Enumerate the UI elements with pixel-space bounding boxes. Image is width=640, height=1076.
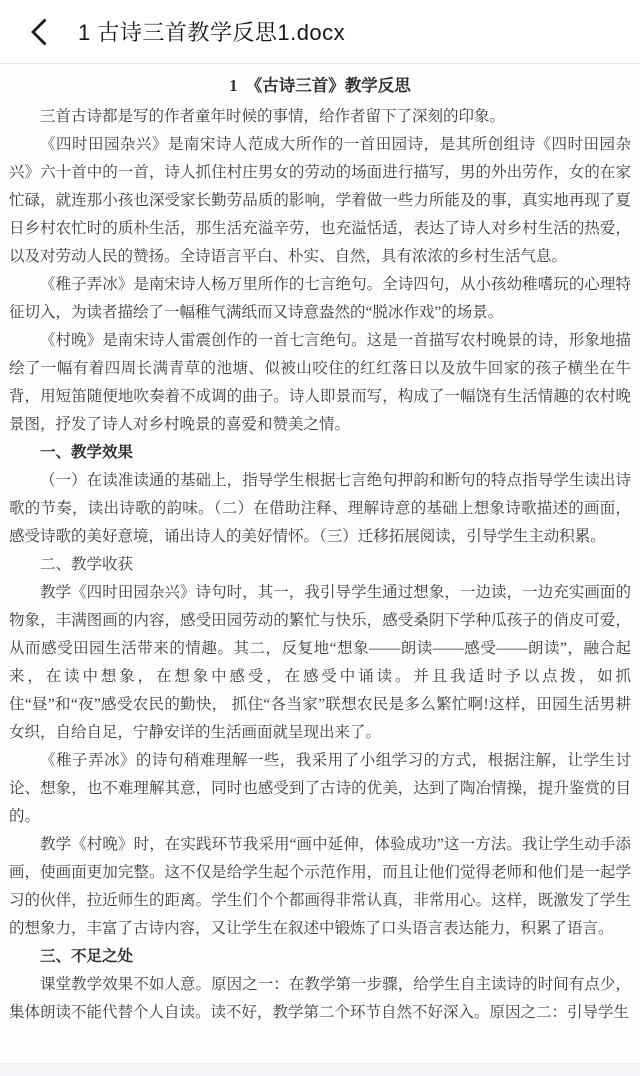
doc-paragraph: 二、教学收获	[9, 551, 631, 579]
doc-paragraph: 三首古诗都是写的作者童年时候的事情，给作者留下了深刻的印象。	[9, 103, 631, 131]
chevron-left-icon	[30, 17, 48, 47]
doc-paragraph: 课堂教学效果不如人意。原因之一：在教学第一步骤，给学生自主读诗的时间有点少，集体…	[9, 971, 631, 1027]
back-button[interactable]	[30, 15, 64, 49]
document-body: 三首古诗都是写的作者童年时候的事情，给作者留下了深刻的印象。 《四时田园杂兴》是…	[9, 103, 631, 1027]
doc-paragraph: 教学《村晚》时，在实践环节我采用“画中延伸，体验成功”这一方法。我让学生动手添画…	[9, 831, 631, 943]
doc-paragraph: 一、教学效果	[9, 439, 631, 467]
doc-paragraph: 《四时田园杂兴》是南宋诗人范成大所作的一首田园诗，是其所创组诗《四时田园杂兴》六…	[9, 131, 631, 271]
document-scroll-area[interactable]: 1 《古诗三首》教学反思 三首古诗都是写的作者童年时候的事情，给作者留下了深刻的…	[0, 64, 640, 1076]
document-title: 1 《古诗三首》教学反思	[9, 70, 631, 102]
bottom-gesture-bar	[0, 1063, 640, 1076]
doc-paragraph: 《稚子弄冰》的诗句稍难理解一些，我采用了小组学习的方式，根据注解，让学生讨论、想…	[9, 747, 631, 831]
doc-paragraph: 《稚子弄冰》是南宋诗人杨万里所作的七言绝句。全诗四句，从小孩幼稚嗜玩的心理特征切…	[9, 271, 631, 327]
doc-paragraph: 教学《四时田园杂兴》诗句时，其一，我引导学生通过想象，一边读，一边充实画面的物象…	[9, 579, 631, 747]
doc-paragraph: 《村晚》是南宋诗人雷震创作的一首七言绝句。这是一首描写农村晚景的诗，形象地描绘了…	[9, 327, 631, 439]
top-bar: 1 古诗三首教学反思1.docx	[0, 0, 640, 64]
doc-paragraph: 三、不足之处	[9, 943, 631, 971]
doc-paragraph: （一）在读准读通的基础上，指导学生根据七言绝句押韵和断句的特点指导学生读出诗歌的…	[9, 467, 631, 551]
file-title: 1 古诗三首教学反思1.docx	[78, 16, 345, 47]
doc-viewer-app: 1 古诗三首教学反思1.docx 1 《古诗三首》教学反思 三首古诗都是写的作者…	[0, 0, 640, 1076]
